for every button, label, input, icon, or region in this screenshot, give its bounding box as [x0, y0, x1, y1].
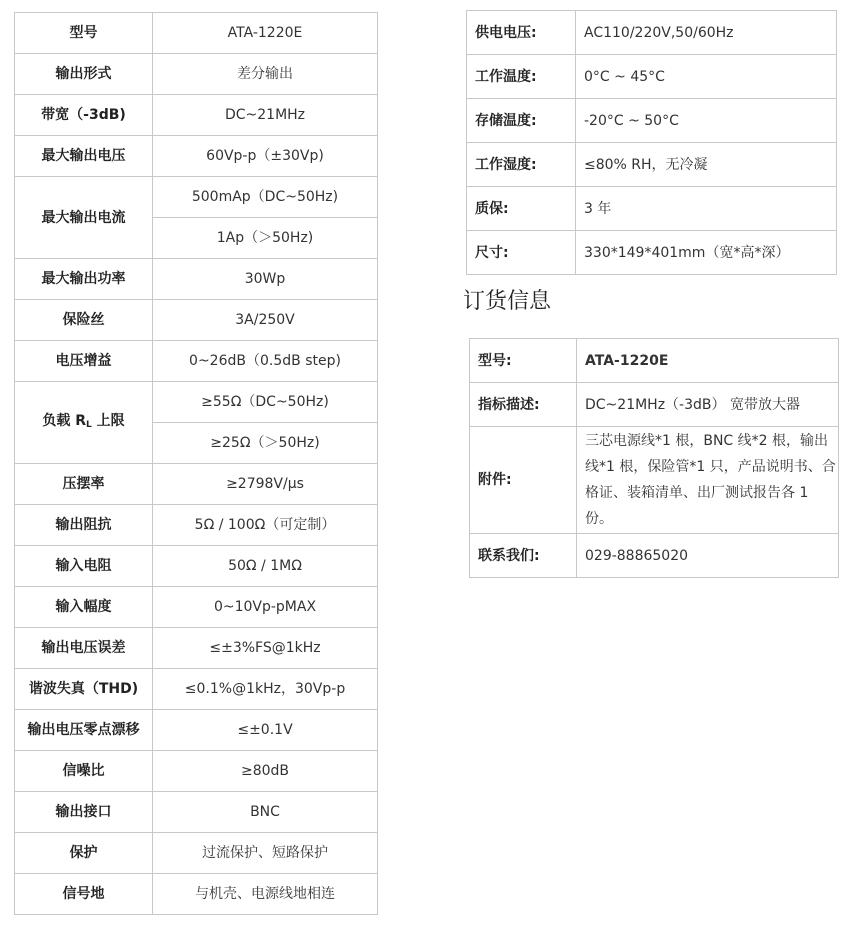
spec-label: 保护 — [15, 833, 153, 874]
spec-label: 输出阻抗 — [15, 505, 153, 546]
spec-label: 带宽（-3dB) — [15, 95, 153, 136]
spec-value: 3A/250V — [153, 300, 378, 341]
order-row-description: 指标描述: DC~21MHz（-3dB） 宽带放大器 — [470, 383, 839, 427]
spec-row-thd: 谐波失真（THD) ≤0.1%@1kHz，30Vp-p — [15, 669, 378, 710]
spec-value: ≥55Ω（DC~50Hz) — [153, 382, 378, 423]
spec-value: 与机壳、电源线地相连 — [153, 874, 378, 915]
spec-value: 0~10Vp-pMAX — [153, 587, 378, 628]
spec-row-output-connector: 输出接口 BNC — [15, 792, 378, 833]
spec-row-max-output-current: 最大输出电流 500mAp（DC~50Hz) — [15, 177, 378, 218]
spec-row-voltage-gain: 电压增益 0~26dB（0.5dB step) — [15, 341, 378, 382]
spec-value: 60Vp-p（±30Vp) — [153, 136, 378, 177]
env-row-supply-voltage: 供电电压: AC110/220V,50/60Hz — [467, 11, 837, 55]
order-label: 附件: — [470, 427, 577, 534]
spec-row-input-resistance: 输入电阻 50Ω / 1MΩ — [15, 546, 378, 587]
spec-label: 最大输出电压 — [15, 136, 153, 177]
spec-row-model: 型号 ATA-1220E — [15, 13, 378, 54]
env-row-dimensions: 尺寸: 330*149*401mm（宽*高*深） — [467, 231, 837, 275]
spec-row-max-output-power: 最大输出功率 30Wp — [15, 259, 378, 300]
env-value: AC110/220V,50/60Hz — [576, 11, 837, 55]
spec-row-slew-rate: 压摆率 ≥2798V/μs — [15, 464, 378, 505]
spec-label: 输入电阻 — [15, 546, 153, 587]
spec-value: 过流保护、短路保护 — [153, 833, 378, 874]
env-value: ≤80% RH，无冷凝 — [576, 143, 837, 187]
env-value: 3 年 — [576, 187, 837, 231]
order-row-contact: 联系我们: 029-88865020 — [470, 534, 839, 578]
order-row-model: 型号: ATA-1220E — [470, 339, 839, 383]
spec-label: 输入幅度 — [15, 587, 153, 628]
spec-value: ≤0.1%@1kHz，30Vp-p — [153, 669, 378, 710]
spec-row-load-limit: 负载 RL 上限 ≥55Ω（DC~50Hz) — [15, 382, 378, 423]
order-label: 联系我们: — [470, 534, 577, 578]
spec-value: 500mAp（DC~50Hz) — [153, 177, 378, 218]
env-label: 供电电压: — [467, 11, 576, 55]
order-value: 三芯电源线*1 根，BNC 线*2 根，输出线*1 根，保险管*1 只，产品说明… — [577, 427, 839, 534]
spec-label: 型号 — [15, 13, 153, 54]
spec-row-output-voltage-error: 输出电压误差 ≤±3%FS@1kHz — [15, 628, 378, 669]
spec-value: ATA-1220E — [153, 13, 378, 54]
spec-value: 50Ω / 1MΩ — [153, 546, 378, 587]
spec-label: 输出电压零点漂移 — [15, 710, 153, 751]
env-label: 尺寸: — [467, 231, 576, 275]
env-row-operating-temp: 工作温度: 0°C ~ 45°C — [467, 55, 837, 99]
order-label: 指标描述: — [470, 383, 577, 427]
spec-value: ≥2798V/μs — [153, 464, 378, 505]
order-value: ATA-1220E — [577, 339, 839, 383]
spec-label: 压摆率 — [15, 464, 153, 505]
order-row-accessories: 附件: 三芯电源线*1 根，BNC 线*2 根，输出线*1 根，保险管*1 只，… — [470, 427, 839, 534]
spec-row-fuse: 保险丝 3A/250V — [15, 300, 378, 341]
spec-row-output-form: 输出形式 差分输出 — [15, 54, 378, 95]
env-row-warranty: 质保: 3 年 — [467, 187, 837, 231]
spec-value: ≥25Ω（＞50Hz) — [153, 423, 378, 464]
spec-label: 最大输出电流 — [15, 177, 153, 259]
spec-table: 型号 ATA-1220E 输出形式 差分输出 带宽（-3dB) DC~21MHz… — [14, 12, 378, 915]
spec-value: 5Ω / 100Ω（可定制） — [153, 505, 378, 546]
order-label: 型号: — [470, 339, 577, 383]
order-info-table: 型号: ATA-1220E 指标描述: DC~21MHz（-3dB） 宽带放大器… — [469, 338, 839, 578]
spec-label: 输出形式 — [15, 54, 153, 95]
spec-row-zero-drift: 输出电压零点漂移 ≤±0.1V — [15, 710, 378, 751]
spec-row-bandwidth: 带宽（-3dB) DC~21MHz — [15, 95, 378, 136]
spec-value: 差分输出 — [153, 54, 378, 95]
spec-label: 信号地 — [15, 874, 153, 915]
spec-label: 输出电压误差 — [15, 628, 153, 669]
env-label: 质保: — [467, 187, 576, 231]
spec-label: 谐波失真（THD) — [15, 669, 153, 710]
env-row-storage-temp: 存储温度: -20°C ~ 50°C — [467, 99, 837, 143]
env-row-humidity: 工作湿度: ≤80% RH，无冷凝 — [467, 143, 837, 187]
spec-label-prefix: 负载 R — [42, 413, 86, 429]
env-label: 存储温度: — [467, 99, 576, 143]
spec-value: BNC — [153, 792, 378, 833]
spec-row-signal-ground: 信号地 与机壳、电源线地相连 — [15, 874, 378, 915]
spec-value: ≤±0.1V — [153, 710, 378, 751]
order-value: DC~21MHz（-3dB） 宽带放大器 — [577, 383, 839, 427]
env-label: 工作温度: — [467, 55, 576, 99]
env-value: -20°C ~ 50°C — [576, 99, 837, 143]
spec-label: 保险丝 — [15, 300, 153, 341]
spec-row-snr: 信噪比 ≥80dB — [15, 751, 378, 792]
spec-label: 最大输出功率 — [15, 259, 153, 300]
order-info-heading: 订货信息 — [463, 287, 551, 317]
spec-label: 输出接口 — [15, 792, 153, 833]
spec-value: ≥80dB — [153, 751, 378, 792]
spec-row-output-impedance: 输出阻抗 5Ω / 100Ω（可定制） — [15, 505, 378, 546]
spec-row-max-output-voltage: 最大输出电压 60Vp-p（±30Vp) — [15, 136, 378, 177]
env-spec-table: 供电电压: AC110/220V,50/60Hz 工作温度: 0°C ~ 45°… — [466, 10, 837, 275]
env-value: 0°C ~ 45°C — [576, 55, 837, 99]
spec-row-protection: 保护 过流保护、短路保护 — [15, 833, 378, 874]
order-value: 029-88865020 — [577, 534, 839, 578]
spec-value: ≤±3%FS@1kHz — [153, 628, 378, 669]
spec-label: 电压增益 — [15, 341, 153, 382]
spec-value: 0~26dB（0.5dB step) — [153, 341, 378, 382]
env-value: 330*149*401mm（宽*高*深） — [576, 231, 837, 275]
spec-label: 负载 RL 上限 — [15, 382, 153, 464]
spec-value: 30Wp — [153, 259, 378, 300]
spec-label: 信噪比 — [15, 751, 153, 792]
spec-value: 1Ap（＞50Hz) — [153, 218, 378, 259]
spec-label-suffix: 上限 — [92, 413, 125, 429]
env-label: 工作湿度: — [467, 143, 576, 187]
spec-value: DC~21MHz — [153, 95, 378, 136]
spec-row-input-amplitude: 输入幅度 0~10Vp-pMAX — [15, 587, 378, 628]
